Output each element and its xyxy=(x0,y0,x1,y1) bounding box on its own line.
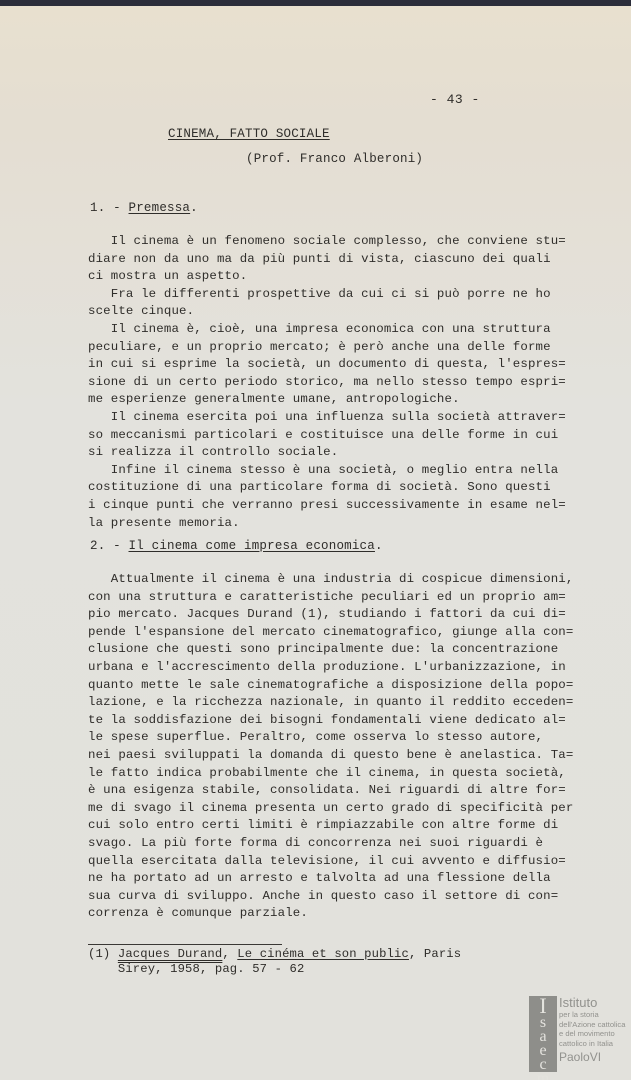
section-suffix: . xyxy=(375,539,383,553)
text-line: cui solo entro certi limiti è rimpiazzab… xyxy=(88,817,568,835)
text-line: ne ha portato ad un arresto e talvolta a… xyxy=(88,870,568,888)
text-line: si realizza il controllo sociale. xyxy=(88,444,568,462)
footnote-book-title: Le cinéma et son public xyxy=(237,947,409,961)
footnote-marker: (1) xyxy=(88,947,118,961)
text-line: i cinque punti che verranno presi succes… xyxy=(88,497,568,515)
section-heading-impresa-economica: 2. - Il cinema come impresa economica. xyxy=(90,539,383,553)
text-line: Attualmente il cinema è una industria di… xyxy=(88,571,568,589)
text-line: me esperienze generalmente umane, antrop… xyxy=(88,391,568,409)
section-2-body: Attualmente il cinema è una industria di… xyxy=(88,571,568,923)
text-line: quella esercitata dalla televisione, il … xyxy=(88,853,568,871)
isacem-logo: I s a e c m Istituto per la storia dell'… xyxy=(526,996,626,1076)
text-line: sione di un certo periodo storico, ma ne… xyxy=(88,374,568,392)
text-line: diare non da uno ma da più punti di vist… xyxy=(88,251,568,269)
text-line: Il cinema esercita poi una influenza sul… xyxy=(88,409,568,427)
document-title: CINEMA, FATTO SOCIALE xyxy=(168,127,330,141)
footnote-separator: , xyxy=(222,947,237,961)
text-line: con una struttura e caratteristiche pecu… xyxy=(88,589,568,607)
footnote-author: Jacques Durand xyxy=(118,947,223,961)
document-author: (Prof. Franco Alberoni) xyxy=(246,152,423,166)
text-line: quanto mette le sale cinematografiche a … xyxy=(88,677,568,695)
logo-line: e del movimento xyxy=(559,1029,625,1039)
section-1-body: Il cinema è un fenomeno sociale compless… xyxy=(88,233,568,532)
text-line: Infine il cinema stesso è una società, o… xyxy=(88,462,568,480)
section-label: Il cinema come impresa economica xyxy=(129,539,375,553)
logo-line: Istituto xyxy=(559,996,625,1010)
logo-line: cattolico in Italia xyxy=(559,1039,625,1049)
text-line: pende l'espansione del mercato cinematog… xyxy=(88,624,568,642)
footnote-divider xyxy=(88,944,282,945)
text-line: nei paesi sviluppati la domanda di quest… xyxy=(88,747,568,765)
text-line: Il cinema è un fenomeno sociale compless… xyxy=(88,233,568,251)
logo-letter: I xyxy=(529,996,557,1016)
section-label: Premessa xyxy=(129,201,191,215)
text-line: svago. La più forte forma di concorrenza… xyxy=(88,835,568,853)
text-line: lazione, e la ricchezza nazionale, in qu… xyxy=(88,694,568,712)
text-line: ci mostra un aspetto. xyxy=(88,268,568,286)
text-line: so meccanismi particolari e costituisce … xyxy=(88,427,568,445)
text-line: urbana e l'accrescimento della produzion… xyxy=(88,659,568,677)
section-number: 2. - xyxy=(90,539,129,553)
logo-line: per la storia xyxy=(559,1010,625,1020)
logo-letter: m xyxy=(529,1072,557,1080)
section-suffix: . xyxy=(190,201,198,215)
text-line: correnza è comunque parziale. xyxy=(88,905,568,923)
logo-text: Istituto per la storia dell'Azione catto… xyxy=(559,996,625,1064)
text-line: scelte cinque. xyxy=(88,303,568,321)
text-line: le spese superflue. Peraltro, come osser… xyxy=(88,729,568,747)
text-line: costituzione di una particolare forma di… xyxy=(88,479,568,497)
footnote: (1) Jacques Durand, Le cinéma et son pub… xyxy=(88,947,461,977)
logo-letter-block: I s a e c m xyxy=(529,996,557,1072)
text-line: è una esigenza stabile, consolidata. Nei… xyxy=(88,782,568,800)
text-line: pio mercato. Jacques Durand (1), studian… xyxy=(88,606,568,624)
text-line: le fatto indica probabilmente che il cin… xyxy=(88,765,568,783)
text-line: la presente memoria. xyxy=(88,515,568,533)
footnote-publisher-line: Sirey, 1958, pag. 57 - 62 xyxy=(88,962,304,976)
logo-line: PaoloVI xyxy=(559,1050,625,1064)
logo-line: dell'Azione cattolica xyxy=(559,1020,625,1030)
footnote-place: , Paris xyxy=(409,947,461,961)
text-line: in cui si esprime la società, un documen… xyxy=(88,356,568,374)
text-line: me di svago il cinema presenta un certo … xyxy=(88,800,568,818)
text-line: Fra le differenti prospettive da cui ci … xyxy=(88,286,568,304)
text-line: sua curva di sviluppo. Anche in questo c… xyxy=(88,888,568,906)
text-line: te la soddisfazione dei bisogni fondamen… xyxy=(88,712,568,730)
section-number: 1. - xyxy=(90,201,129,215)
text-line: peculiare, e un proprio mercato; è però … xyxy=(88,339,568,357)
text-line: Il cinema è, cioè, una impresa economica… xyxy=(88,321,568,339)
page-number: - 43 - xyxy=(430,92,480,107)
section-heading-premessa: 1. - Premessa. xyxy=(90,201,198,215)
text-line: clusione che questi sono principalmente … xyxy=(88,641,568,659)
